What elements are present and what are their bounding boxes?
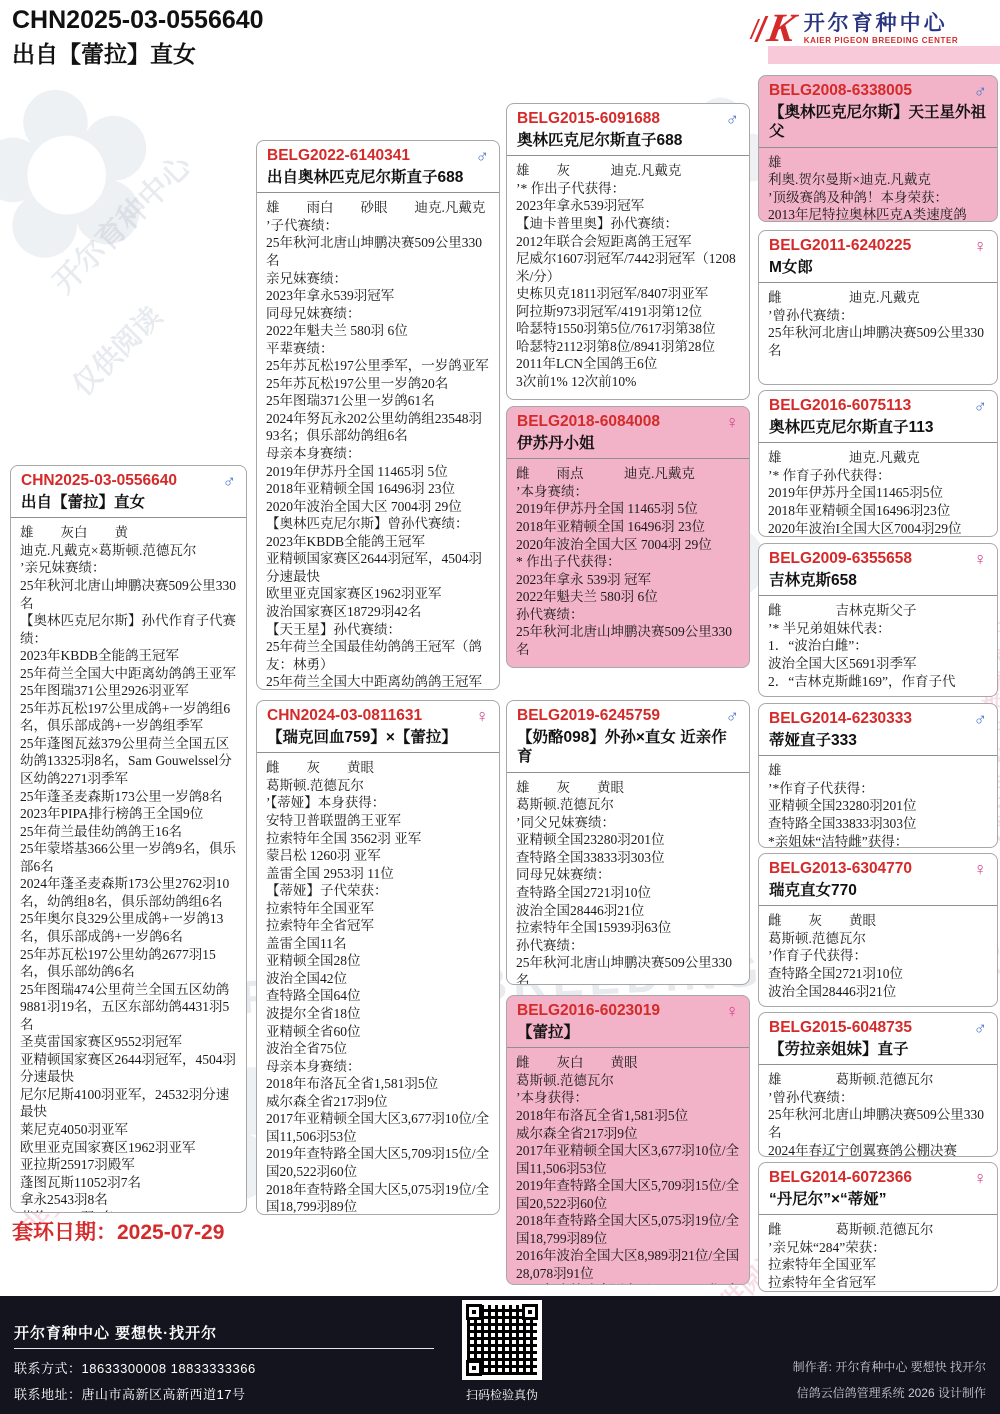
- male-icon: ♂: [974, 397, 988, 415]
- pedigree-page: ✿ ✿ ✿ ✿ 开尔育种中心 仅供阅读 非正式 PIGEON BREEDING …: [0, 0, 1000, 1414]
- result-line: 尼威尔1607羽冠军/7442羽冠军（1208米/分）: [516, 250, 740, 285]
- result-line: 2022年魁夫兰 580羽 6位: [516, 588, 740, 606]
- pedigree-card-ggparent-7: BELG2015-6048735♂【劳拉亲姐妹】直子雄 葛斯顿.范德瓦尔’曾孙代…: [758, 1012, 998, 1157]
- result-line: 雄 雨白 砂眼 迪克.凡戴克: [266, 199, 490, 217]
- female-icon: ♀: [974, 550, 988, 568]
- result-line: 雌 雨点 迪克.凡戴克: [516, 465, 740, 483]
- result-line: 2020年波治I全国大区7004羽29位: [768, 520, 988, 537]
- result-line: 亚精顿全国23280羽201位: [516, 831, 740, 849]
- result-line: 2018年查特路全国大区5,075羽19位/全国18,799羽89位: [516, 1212, 740, 1247]
- result-line: 2024年蓬圣麦森斯173公里2762羽10名，幼鸽组8名，俱乐部幼鸽组6名: [20, 875, 237, 910]
- card-body: 雄 灰 黄眼葛斯顿.范德瓦尔’同父兄妹赛绩：亚精顿全国23280羽201位查特路…: [507, 773, 749, 985]
- result-line: 波治全国28446羽21位: [768, 983, 988, 1001]
- result-line: 圣莫雷国家赛区9552羽冠军: [20, 1033, 237, 1051]
- result-line: 波治全国28446羽21位: [516, 902, 740, 920]
- result-line: ’顶级赛鸽及种鸽！本身荣获：: [768, 189, 988, 207]
- result-line: 查特路全国33833羽303位: [516, 849, 740, 867]
- result-line: 葛斯顿.范德瓦尔: [768, 930, 988, 948]
- card-id-row: BELG2013-6304770♀: [769, 860, 987, 878]
- female-icon: ♀: [476, 707, 490, 725]
- pedigree-card-granddam-2: BELG2016-6023019♀【蕾拉】雌 灰白 黄眼葛斯顿.范德瓦尔’本身获…: [506, 995, 750, 1285]
- result-line: ’同父兄妹赛绩：: [516, 814, 740, 832]
- card-header: BELG2015-6048735♂【劳拉亲姐妹】直子: [759, 1013, 997, 1065]
- result-line: 25年荷兰最佳幼鸽鸽王16名: [20, 823, 237, 841]
- result-line: 雌 灰 黄眼: [768, 912, 988, 930]
- ring-number: BELG2019-6245759: [517, 707, 660, 725]
- card-id-row: CHN2025-03-0556640♂: [21, 472, 236, 490]
- result-line: 2020年波治全国大区 7004羽 29位: [516, 536, 740, 554]
- result-line: 威尔森全省217羽9位: [516, 1125, 740, 1143]
- result-line: 亚精顿全国23280羽201位: [768, 797, 988, 815]
- result-line: ’亲兄妹“284”荣获：: [768, 1239, 988, 1257]
- result-line: 波治国家赛区18729羽42名: [266, 603, 490, 621]
- male-icon: ♂: [974, 1019, 988, 1037]
- result-line: 蒙吕松 1260羽 亚军: [266, 847, 490, 865]
- result-line: 2019年查特路全国大区5,709羽15位/全国20,522羽60位: [266, 1145, 490, 1180]
- result-line: ’亲兄妹赛绩：: [20, 559, 237, 577]
- pedigree-card-grandsire-2: BELG2019-6245759♂【奶酪098】外孙×直女 近亲作育雄 灰 黄眼…: [506, 700, 750, 985]
- result-line: 2012年联合会短距离鸽王冠军: [516, 233, 740, 251]
- result-line: 拉索特年全国亚军: [266, 900, 490, 918]
- card-title: M女郎: [769, 258, 987, 277]
- card-title: 瑞克直女770: [769, 881, 987, 900]
- result-line: 雌 灰白 黄眼: [516, 1054, 740, 1072]
- card-id-row: BELG2008-6338005♂: [769, 82, 987, 100]
- female-icon: ♀: [974, 1169, 988, 1187]
- pedigree-card-dam: CHN2024-03-0811631♀【瑞克回血759】×【蕾拉】雌 灰 黄眼葛…: [256, 700, 500, 1215]
- result-line: 史栋贝克1811羽冠军/8407羽亚军: [516, 285, 740, 303]
- result-line: 雌 迪克.凡戴克: [768, 289, 988, 307]
- result-line: 查特路全国2721羽10位: [768, 965, 988, 983]
- result-line: 蓬图瓦斯11052羽7名: [20, 1174, 237, 1192]
- male-icon: ♂: [726, 110, 740, 128]
- result-line: 雄 葛斯顿.范德瓦尔: [768, 1071, 988, 1089]
- result-line: 25年秋河北唐山坤鹏决赛509公里330名: [266, 234, 490, 269]
- ring-number: BELG2016-6023019: [517, 1002, 660, 1020]
- result-line: 雌 灰 黄眼: [266, 759, 490, 777]
- ring-number: BELG2015-6048735: [769, 1019, 912, 1037]
- result-line: 盖雷全国 2953羽 11位: [266, 865, 490, 883]
- result-line: 雄: [768, 762, 988, 780]
- result-line: 2013年尼特拉奥林匹克A类速度鸽: [768, 206, 988, 222]
- result-line: 孙代赛绩：: [516, 606, 740, 624]
- card-title: 伊苏丹小姐: [517, 434, 739, 453]
- ring-number: BELG2009-6355658: [769, 550, 912, 568]
- card-title: 出自奥林匹克尼尔斯直子688: [267, 168, 489, 187]
- card-body: 雌 灰白 黄眼葛斯顿.范德瓦尔’本身获得：2018年布洛瓦全省1,581羽5位威…: [507, 1048, 749, 1285]
- logo-en-text: KAIER PIGEON BREEDING CENTER: [804, 36, 959, 45]
- contact-address-label: 联系地址：: [14, 1387, 82, 1402]
- card-title: 【劳拉亲姐妹】直子: [769, 1040, 987, 1059]
- male-icon: ♂: [223, 472, 237, 490]
- card-body: 雌 吉林克斯父子’* 半兄弟姐妹代表：1．“波治白雌”：波治全国大区5691羽季…: [759, 596, 997, 694]
- result-line: 莱尼克4050羽亚军: [20, 1121, 237, 1139]
- card-header: BELG2019-6245759♂【奶酪098】外孙×直女 近亲作育: [507, 701, 749, 773]
- pedigree-card-ggparent-2: BELG2011-6240225♀M女郎雌 迪克.凡戴克’曾孙代赛绩：25年秋河…: [758, 230, 998, 385]
- card-title: 【奥林匹克尼尔斯】天王星外祖父: [769, 103, 987, 142]
- result-line: 波提尔全省18位: [266, 1005, 490, 1023]
- result-line: 孙代赛绩：: [516, 937, 740, 955]
- pedigree-card-ggparent-4: BELG2009-6355658♀吉林克斯658雌 吉林克斯父子’* 半兄弟姐妹…: [758, 543, 998, 697]
- footer-divider: [14, 1348, 434, 1349]
- result-line: 亲兄妹赛绩：: [266, 270, 490, 288]
- result-line: ’* 半兄弟姐妹代表：: [768, 620, 988, 638]
- result-line: 迪克.凡戴克×葛斯顿.范德瓦尔: [20, 542, 237, 560]
- result-line: 葛斯顿.范德瓦尔: [516, 796, 740, 814]
- result-line: 威尔森全省217羽9位: [266, 1093, 490, 1111]
- result-line: 25年荷兰全国大中距离幼鸽鸽王冠军（鸽友：林勇）: [266, 673, 490, 690]
- result-line: 波治全国大区5691羽季军: [768, 655, 988, 673]
- ring-number: BELG2011-6240225: [769, 237, 911, 255]
- result-line: 同母兄妹赛绩：: [516, 866, 740, 884]
- female-icon: ♀: [726, 1002, 740, 1020]
- card-header: BELG2022-6140341♂出自奥林匹克尼尔斯直子688: [257, 141, 499, 193]
- card-title: 蒂娅直子333: [769, 731, 987, 750]
- result-line: 25年图瑞371公里一岁鸽61名: [266, 392, 490, 410]
- result-line: 拉索特年全国 3562羽 亚军: [266, 830, 490, 848]
- card-body: 雌 雨点 迪克.凡戴克’本身赛绩：2019年伊苏丹全国 11465羽 5位201…: [507, 459, 749, 662]
- card-id-row: BELG2019-6245759♂: [517, 707, 739, 725]
- pedigree-card-grandsire-1: BELG2015-6091688♂奥林匹克尼尔斯直子688雄 灰 迪克.凡戴克’…: [506, 103, 750, 400]
- male-icon: ♂: [974, 82, 988, 100]
- logo-cn-text: 开尔育种中心: [804, 12, 959, 36]
- card-id-row: BELG2016-6023019♀: [517, 1002, 739, 1020]
- result-line: 25年图瑞371公里2926羽亚军: [20, 682, 237, 700]
- card-body: 雄利奥.贺尔曼斯×迪克.凡戴克’顶级赛鸽及种鸽！本身荣获：2013年尼特拉奥林匹…: [759, 148, 997, 222]
- result-line: *亲姐妹“洁特雌”获得：: [768, 833, 988, 848]
- result-line: 25年蓬图瓦兹379公里荷兰全国五区幼鸽13325羽8名，Sam Gouwels…: [20, 735, 237, 788]
- result-line: 盖雷全国11名: [266, 935, 490, 953]
- footer-bar: 开尔育种中心 要想快·找开尔 联系方式：18633300008 18833333…: [0, 1296, 1000, 1414]
- result-line: 25年荷兰全国最佳幼鸽鸽王冠军（鸽友：林勇）: [266, 638, 490, 673]
- female-icon: ♀: [974, 237, 988, 255]
- result-line: ’本身获得：: [516, 1089, 740, 1107]
- result-line: 哈瑟特2112羽第8位/8941羽第28位: [516, 338, 740, 356]
- female-icon: ♀: [974, 860, 988, 878]
- result-line: 25年秋河北唐山坤鹏决赛509公里330名: [20, 577, 237, 612]
- result-line: 拉索特年全国15939羽63位: [516, 919, 740, 937]
- result-line: 2024年春辽宁创翼赛鸽公棚决赛: [768, 1142, 988, 1157]
- card-header: BELG2009-6355658♀吉林克斯658: [759, 544, 997, 596]
- qr-eye-icon: [466, 1360, 482, 1376]
- result-line: 2018年亚精顿全国16496羽23位: [768, 502, 988, 520]
- card-title: 吉林克斯658: [769, 571, 987, 590]
- result-line: 查特路全国64位: [266, 987, 490, 1005]
- footer-slogan: 开尔育种中心 要想快·找开尔: [14, 1322, 217, 1343]
- watermark-text: 仅供阅读: [62, 296, 169, 403]
- result-line: 1．“波治白雌”：: [768, 637, 988, 655]
- result-line: ’曾孙代赛绩：: [768, 1089, 988, 1107]
- pedigree-card-sire: BELG2022-6140341♂出自奥林匹克尼尔斯直子688雄 雨白 砂眼 迪…: [256, 140, 500, 690]
- card-body: 雌 迪克.凡戴克’曾孙代赛绩：25年秋河北唐山坤鹏决赛509公里330名: [759, 283, 997, 363]
- result-line: 25年蓬圣麦森斯173公里一岁鸽8名: [20, 788, 237, 806]
- result-line: 波治全国42位: [266, 970, 490, 988]
- card-id-row: BELG2011-6240225♀: [769, 237, 987, 255]
- qr-eye-icon: [466, 1304, 482, 1320]
- result-line: 雄: [768, 154, 988, 172]
- result-line: 【天王星】孙代赛绩：: [266, 621, 490, 639]
- result-line: 2019年查特路全国大区5,709羽15位/全国20,522羽60位: [516, 1177, 740, 1212]
- result-line: 同母兄妹赛绩：: [266, 305, 490, 323]
- result-line: 阿拉斯973羽冠军/4191羽第12位: [516, 303, 740, 321]
- result-line: 雄 灰 迪克.凡戴克: [516, 162, 740, 180]
- result-line: 拉索特年全国亚军: [768, 1256, 988, 1274]
- result-line: 2022年魁夫兰 580羽 6位: [266, 322, 490, 340]
- result-line: ’作育子代获得：: [768, 947, 988, 965]
- card-body: 雌 灰 黄眼葛斯顿.范德瓦尔’作育子代获得：查特路全国2721羽10位波治全国2…: [759, 906, 997, 1004]
- kaier-logo-icon: K: [765, 10, 798, 46]
- result-line: ’本身赛绩：: [516, 483, 740, 501]
- result-line: 2023年PIPA排行榜鸽王全国9位: [20, 805, 237, 823]
- result-line: 2016年波治全国大区8,989羽21位/全国28,078羽91位: [516, 1247, 740, 1282]
- qr-code: [462, 1300, 542, 1380]
- card-id-row: CHN2024-03-0811631♀: [267, 707, 489, 725]
- result-line: 欧里亚克国家赛区1962羽亚军: [266, 585, 490, 603]
- maker-line-2: 信鸽云信鸽管理系统 2026 设计制作: [797, 1384, 986, 1401]
- ring-date-label: 套环日期：: [12, 1221, 117, 1244]
- result-line: 25年秋河北唐山坤鹏决赛509公里330名: [516, 623, 740, 658]
- male-icon: ♂: [726, 707, 740, 725]
- card-header: BELG2013-6304770♀瑞克直女770: [759, 854, 997, 906]
- ring-number: BELG2013-6304770: [769, 860, 912, 878]
- result-line: 亚拉斯25917羽殿军: [20, 1156, 237, 1174]
- result-line: 【蒂娅】子代荣获：: [266, 882, 490, 900]
- card-title: 【奶酪098】外孙×直女 近亲作育: [517, 728, 739, 767]
- card-body: 雄 灰 迪克.凡戴克’* 作出子代获得：2023年拿永539羽冠军【迪卡普里奥】…: [507, 156, 749, 394]
- card-title: 奥林匹克尼尔斯直子113: [769, 418, 987, 437]
- ring-number: BELG2022-6140341: [267, 147, 410, 165]
- card-id-row: BELG2016-6075113♂: [769, 397, 987, 415]
- result-line: 25年苏瓦松197公里季军，一岁鸽亚军: [266, 357, 490, 375]
- result-line: 母亲本身赛绩：: [266, 445, 490, 463]
- result-line: 2018年亚精顿全国 16496羽 23位: [266, 480, 490, 498]
- card-body: 雄 雨白 砂眼 迪克.凡戴克’子代赛绩：25年秋河北唐山坤鹏决赛509公里330…: [257, 193, 499, 690]
- result-line: 2．“吉林克斯雌169”，作育子代: [768, 673, 988, 691]
- ring-number: BELG2018-6084008: [517, 413, 660, 431]
- result-line: ’* 作育子孙代获得：: [768, 467, 988, 485]
- result-line: ’子代赛绩：: [266, 217, 490, 235]
- result-line: * 作出子代获得：: [516, 553, 740, 571]
- card-id-row: BELG2014-6230333♂: [769, 710, 987, 728]
- result-line: 2019年伊苏丹全国 11465羽 5位: [266, 463, 490, 481]
- contact-address-value: 唐山市高新区高新西道17号: [82, 1387, 246, 1402]
- result-line: 2018年查特路全国大区5,075羽19位/全国18,799羽89位: [266, 1181, 490, 1216]
- card-id-row: BELG2022-6140341♂: [267, 147, 489, 165]
- result-line: ’*作育子代获得：: [768, 780, 988, 798]
- result-line: 25年蒙塔基366公里一岁鸽9名，俱乐部6名: [20, 840, 237, 875]
- result-line: 2024年努瓦永202公里幼鸽组23548羽93名；俱乐部幼鸽组6名: [266, 410, 490, 445]
- ring-number: BELG2008-6338005: [769, 82, 912, 100]
- result-line: 欧里亚克国家赛区1962羽亚军: [20, 1139, 237, 1157]
- result-line: 2019年伊苏丹全国11465羽5位: [768, 484, 988, 502]
- male-icon: ♂: [476, 147, 490, 165]
- result-line: 2017年亚精顿全国大区3,677羽10位/全国11,506羽53位: [516, 1142, 740, 1177]
- card-body: 雄 灰白 黄迪克.凡戴克×葛斯顿.范德瓦尔’亲兄妹赛绩：25年秋河北唐山坤鹏决赛…: [11, 518, 246, 1213]
- result-line: 尼尔尼斯4100羽亚军，24532羽分速最快: [20, 1086, 237, 1121]
- card-id-row: BELG2015-6091688♂: [517, 110, 739, 128]
- card-body: 雄 迪克.凡戴克’* 作育子孙代获得：2019年伊苏丹全国11465羽5位201…: [759, 443, 997, 537]
- page-subtitle: 出自【蕾拉】直女: [12, 36, 196, 69]
- result-line: ’曾孙代赛绩：: [768, 307, 988, 325]
- card-id-row: BELG2014-6072366♀: [769, 1169, 987, 1187]
- card-title: 出自【蕾拉】直女: [21, 493, 236, 512]
- result-line: 葛斯顿.范德瓦尔: [266, 777, 490, 795]
- result-line: 2023年拿永539羽冠军: [266, 287, 490, 305]
- result-line: ’* 作出子代获得：: [516, 180, 740, 198]
- result-line: 【奥林匹克尼尔斯】曾孙代赛绩：: [266, 515, 490, 533]
- maker-line-1: 制作者: 开尔育种中心 要想快 找开尔: [793, 1358, 986, 1375]
- card-header: BELG2008-6338005♂【奥林匹克尼尔斯】天王星外祖父: [759, 76, 997, 148]
- card-header: BELG2015-6091688♂奥林匹克尼尔斯直子688: [507, 104, 749, 156]
- ring-date-value: 2025-07-29: [117, 1221, 224, 1244]
- result-line: 拿永2543羽8名: [20, 1191, 237, 1209]
- result-line: 2018年布洛瓦全省1,581羽5位: [266, 1075, 490, 1093]
- result-line: 亚精顿国家赛区2644羽冠军，4504羽分速最快: [20, 1051, 237, 1086]
- result-line: 2011年LCN全国鸽王6位: [516, 355, 740, 373]
- result-line: 亚精顿全国28位: [266, 952, 490, 970]
- pedigree-card-ggparent-3: BELG2016-6075113♂奥林匹克尼尔斯直子113雄 迪克.凡戴克’* …: [758, 390, 998, 537]
- result-line: 亚精顿全省60位: [266, 1023, 490, 1041]
- contact-address-row: 联系地址：唐山市高新区高新西道17号: [14, 1384, 245, 1403]
- card-header: BELG2016-6075113♂奥林匹克尼尔斯直子113: [759, 391, 997, 443]
- result-line: 查特路全国33833羽303位: [768, 815, 988, 833]
- contact-phone-value: 18633300008 18833333366: [82, 1361, 256, 1376]
- kaier-logo: K 开尔育种中心 KAIER PIGEON BREEDING CENTER: [768, 10, 958, 46]
- pedigree-card-granddam-1: BELG2018-6084008♀伊苏丹小姐雌 雨点 迪克.凡戴克’本身赛绩：2…: [506, 406, 750, 668]
- result-line: 2019年伊苏丹全国 11465羽 5位: [516, 500, 740, 518]
- card-body: 雄’*作育子代获得：亚精顿全国23280羽201位查特路全国33833羽303位…: [759, 756, 997, 848]
- result-line: 3次前1% 12次前10%: [516, 373, 740, 391]
- ring-number: CHN2024-03-0811631: [267, 707, 422, 725]
- result-line: 2017年查特路全国大区4,398羽30位/全国14,955羽91位: [516, 1282, 740, 1285]
- result-line: 波治全省75位: [266, 1040, 490, 1058]
- result-line: 25年秋河北唐山坤鹏决赛509公里330名: [768, 324, 988, 359]
- result-line: 25年荷兰全国大中距离幼鸽鸽王亚军: [20, 665, 237, 683]
- result-line: 【迪卡普里奥】孙代赛绩：: [516, 215, 740, 233]
- result-line: 25年图瑞474公里荷兰全国五区幼鸽9881羽19名，五区东部幼鸽4431羽5名: [20, 981, 237, 1034]
- card-header: BELG2014-6072366♀“丹尼尔”×“蒂娅”: [759, 1163, 997, 1215]
- result-line: 拉索特年全省冠军: [266, 917, 490, 935]
- contact-phone-row: 联系方式：18633300008 18833333366: [14, 1358, 256, 1377]
- qr-caption: 扫码检验真伪: [442, 1386, 562, 1403]
- male-icon: ♂: [974, 710, 988, 728]
- result-line: 25年苏瓦松197公里一岁鸽20名: [266, 375, 490, 393]
- contact-phone-label: 联系方式：: [14, 1361, 82, 1376]
- result-line: 葛斯顿.范德瓦尔: [516, 1072, 740, 1090]
- card-header: CHN2024-03-0811631♀【瑞克回血759】×【蕾拉】: [257, 701, 499, 753]
- result-line: 2017年亚精顿全国大区3,677羽10位/全国11,506羽53位: [266, 1110, 490, 1145]
- pedigree-card-ggparent-8: BELG2014-6072366♀“丹尼尔”×“蒂娅”雌 葛斯顿.范德瓦尔’亲兄…: [758, 1162, 998, 1292]
- card-title: 【瑞克回血759】×【蕾拉】: [267, 728, 489, 747]
- result-line: 25年苏瓦松197公里成鸽+一岁鸽组6名，俱乐部成鸽+一岁鸽组季军: [20, 700, 237, 735]
- result-line: 2023年KBDB全能鸽王冠军: [20, 647, 237, 665]
- card-header: BELG2018-6084008♀伊苏丹小姐: [507, 407, 749, 459]
- result-line: 雄 灰 黄眼: [516, 779, 740, 797]
- result-line: 2023年拿永 539羽 冠军: [516, 571, 740, 589]
- page-title-ring-id: CHN2025-03-0556640: [12, 6, 264, 35]
- result-line: 雄 灰白 黄: [20, 524, 237, 542]
- result-line: ’【蒂娅】本身获得：: [266, 794, 490, 812]
- ring-date: 套环日期：2025-07-29: [12, 1216, 224, 1246]
- card-header: CHN2025-03-0556640♂出自【蕾拉】直女: [11, 466, 246, 518]
- result-line: 利奥.贺尔曼斯×迪克.凡戴克: [768, 171, 988, 189]
- card-id-row: BELG2015-6048735♂: [769, 1019, 987, 1037]
- watermark-text: 开尔育种中心: [41, 143, 199, 301]
- result-line: 哈瑟特1550羽第5位/7617羽第38位: [516, 320, 740, 338]
- card-body: 雌 葛斯顿.范德瓦尔’亲兄妹“284”荣获：拉索特年全国亚军拉索特年全省冠军盖雷…: [759, 1215, 997, 1292]
- result-line: 莫伦13608羽9名: [20, 1209, 237, 1213]
- result-line: 雌 吉林克斯父子: [768, 602, 988, 620]
- result-line: 查特路全国2721羽10位: [516, 884, 740, 902]
- result-line: 2018年亚精顿全国 16496羽 23位: [516, 518, 740, 536]
- card-body: 雄 葛斯顿.范德瓦尔’曾孙代赛绩：25年秋河北唐山坤鹏决赛509公里330名20…: [759, 1065, 997, 1157]
- ring-number: BELG2014-6230333: [769, 710, 912, 728]
- result-line: 母亲本身赛绩：: [266, 1058, 490, 1076]
- result-line: 拉索特年全省冠军: [768, 1274, 988, 1292]
- qr-eye-icon: [522, 1304, 538, 1320]
- result-line: 25年奥尔良329公里成鸽+一岁鸽13名，俱乐部成鸽+一岁鸽6名: [20, 910, 237, 945]
- result-line: 25年苏瓦松197公里幼鸽2677羽15名，俱乐部幼鸽6名: [20, 946, 237, 981]
- result-line: 25年秋河北唐山坤鹏决赛509公里330名: [768, 1106, 988, 1141]
- result-line: 雄 迪克.凡戴克: [768, 449, 988, 467]
- card-header: BELG2016-6023019♀【蕾拉】: [507, 996, 749, 1048]
- pedigree-card-ggparent-1: BELG2008-6338005♂【奥林匹克尼尔斯】天王星外祖父雄利奥.贺尔曼斯…: [758, 75, 998, 222]
- ring-number: CHN2025-03-0556640: [21, 472, 177, 490]
- result-line: 雌 葛斯顿.范德瓦尔: [768, 1221, 988, 1239]
- result-line: 【奥林匹克尼尔斯】孙代作育子代赛绩：: [20, 612, 237, 647]
- result-line: 2020年波治全国大区 7004羽 29位: [266, 498, 490, 516]
- result-line: 2023年KBDB全能鸽王冠军: [266, 533, 490, 551]
- pedigree-card-ggparent-5: BELG2014-6230333♂蒂娅直子333雄’*作育子代获得：亚精顿全国2…: [758, 703, 998, 848]
- result-line: 平辈赛绩：: [266, 340, 490, 358]
- card-title: “丹尼尔”×“蒂娅”: [769, 1190, 987, 1209]
- result-line: 2018年布洛瓦全省1,581羽5位: [516, 1107, 740, 1125]
- pedigree-card-ggparent-6: BELG2013-6304770♀瑞克直女770雌 灰 黄眼葛斯顿.范德瓦尔’作…: [758, 853, 998, 1007]
- result-line: 安特卫普联盟鸽王亚军: [266, 812, 490, 830]
- result-line: 亚精顿国家赛区2644羽冠军，4504羽分速最快: [266, 550, 490, 585]
- ring-number: BELG2014-6072366: [769, 1169, 912, 1187]
- ring-number: BELG2015-6091688: [517, 110, 660, 128]
- card-title: 【蕾拉】: [517, 1023, 739, 1042]
- ring-number: BELG2016-6075113: [769, 397, 911, 415]
- card-header: BELG2014-6230333♂蒂娅直子333: [759, 704, 997, 756]
- result-line: 2023年拿永539羽冠军: [516, 197, 740, 215]
- pink-accent-band: [768, 46, 1000, 64]
- card-body: 雌 灰 黄眼葛斯顿.范德瓦尔’【蒂娅】本身获得：安特卫普联盟鸽王亚军拉索特年全国…: [257, 753, 499, 1215]
- female-icon: ♀: [726, 413, 740, 431]
- card-header: BELG2011-6240225♀M女郎: [759, 231, 997, 283]
- card-id-row: BELG2009-6355658♀: [769, 550, 987, 568]
- result-line: 25年秋河北唐山坤鹏决赛509公里330名: [516, 954, 740, 985]
- pedigree-card-main: CHN2025-03-0556640♂出自【蕾拉】直女雄 灰白 黄迪克.凡戴克×…: [10, 465, 247, 1213]
- card-id-row: BELG2018-6084008♀: [517, 413, 739, 431]
- card-title: 奥林匹克尼尔斯直子688: [517, 131, 739, 150]
